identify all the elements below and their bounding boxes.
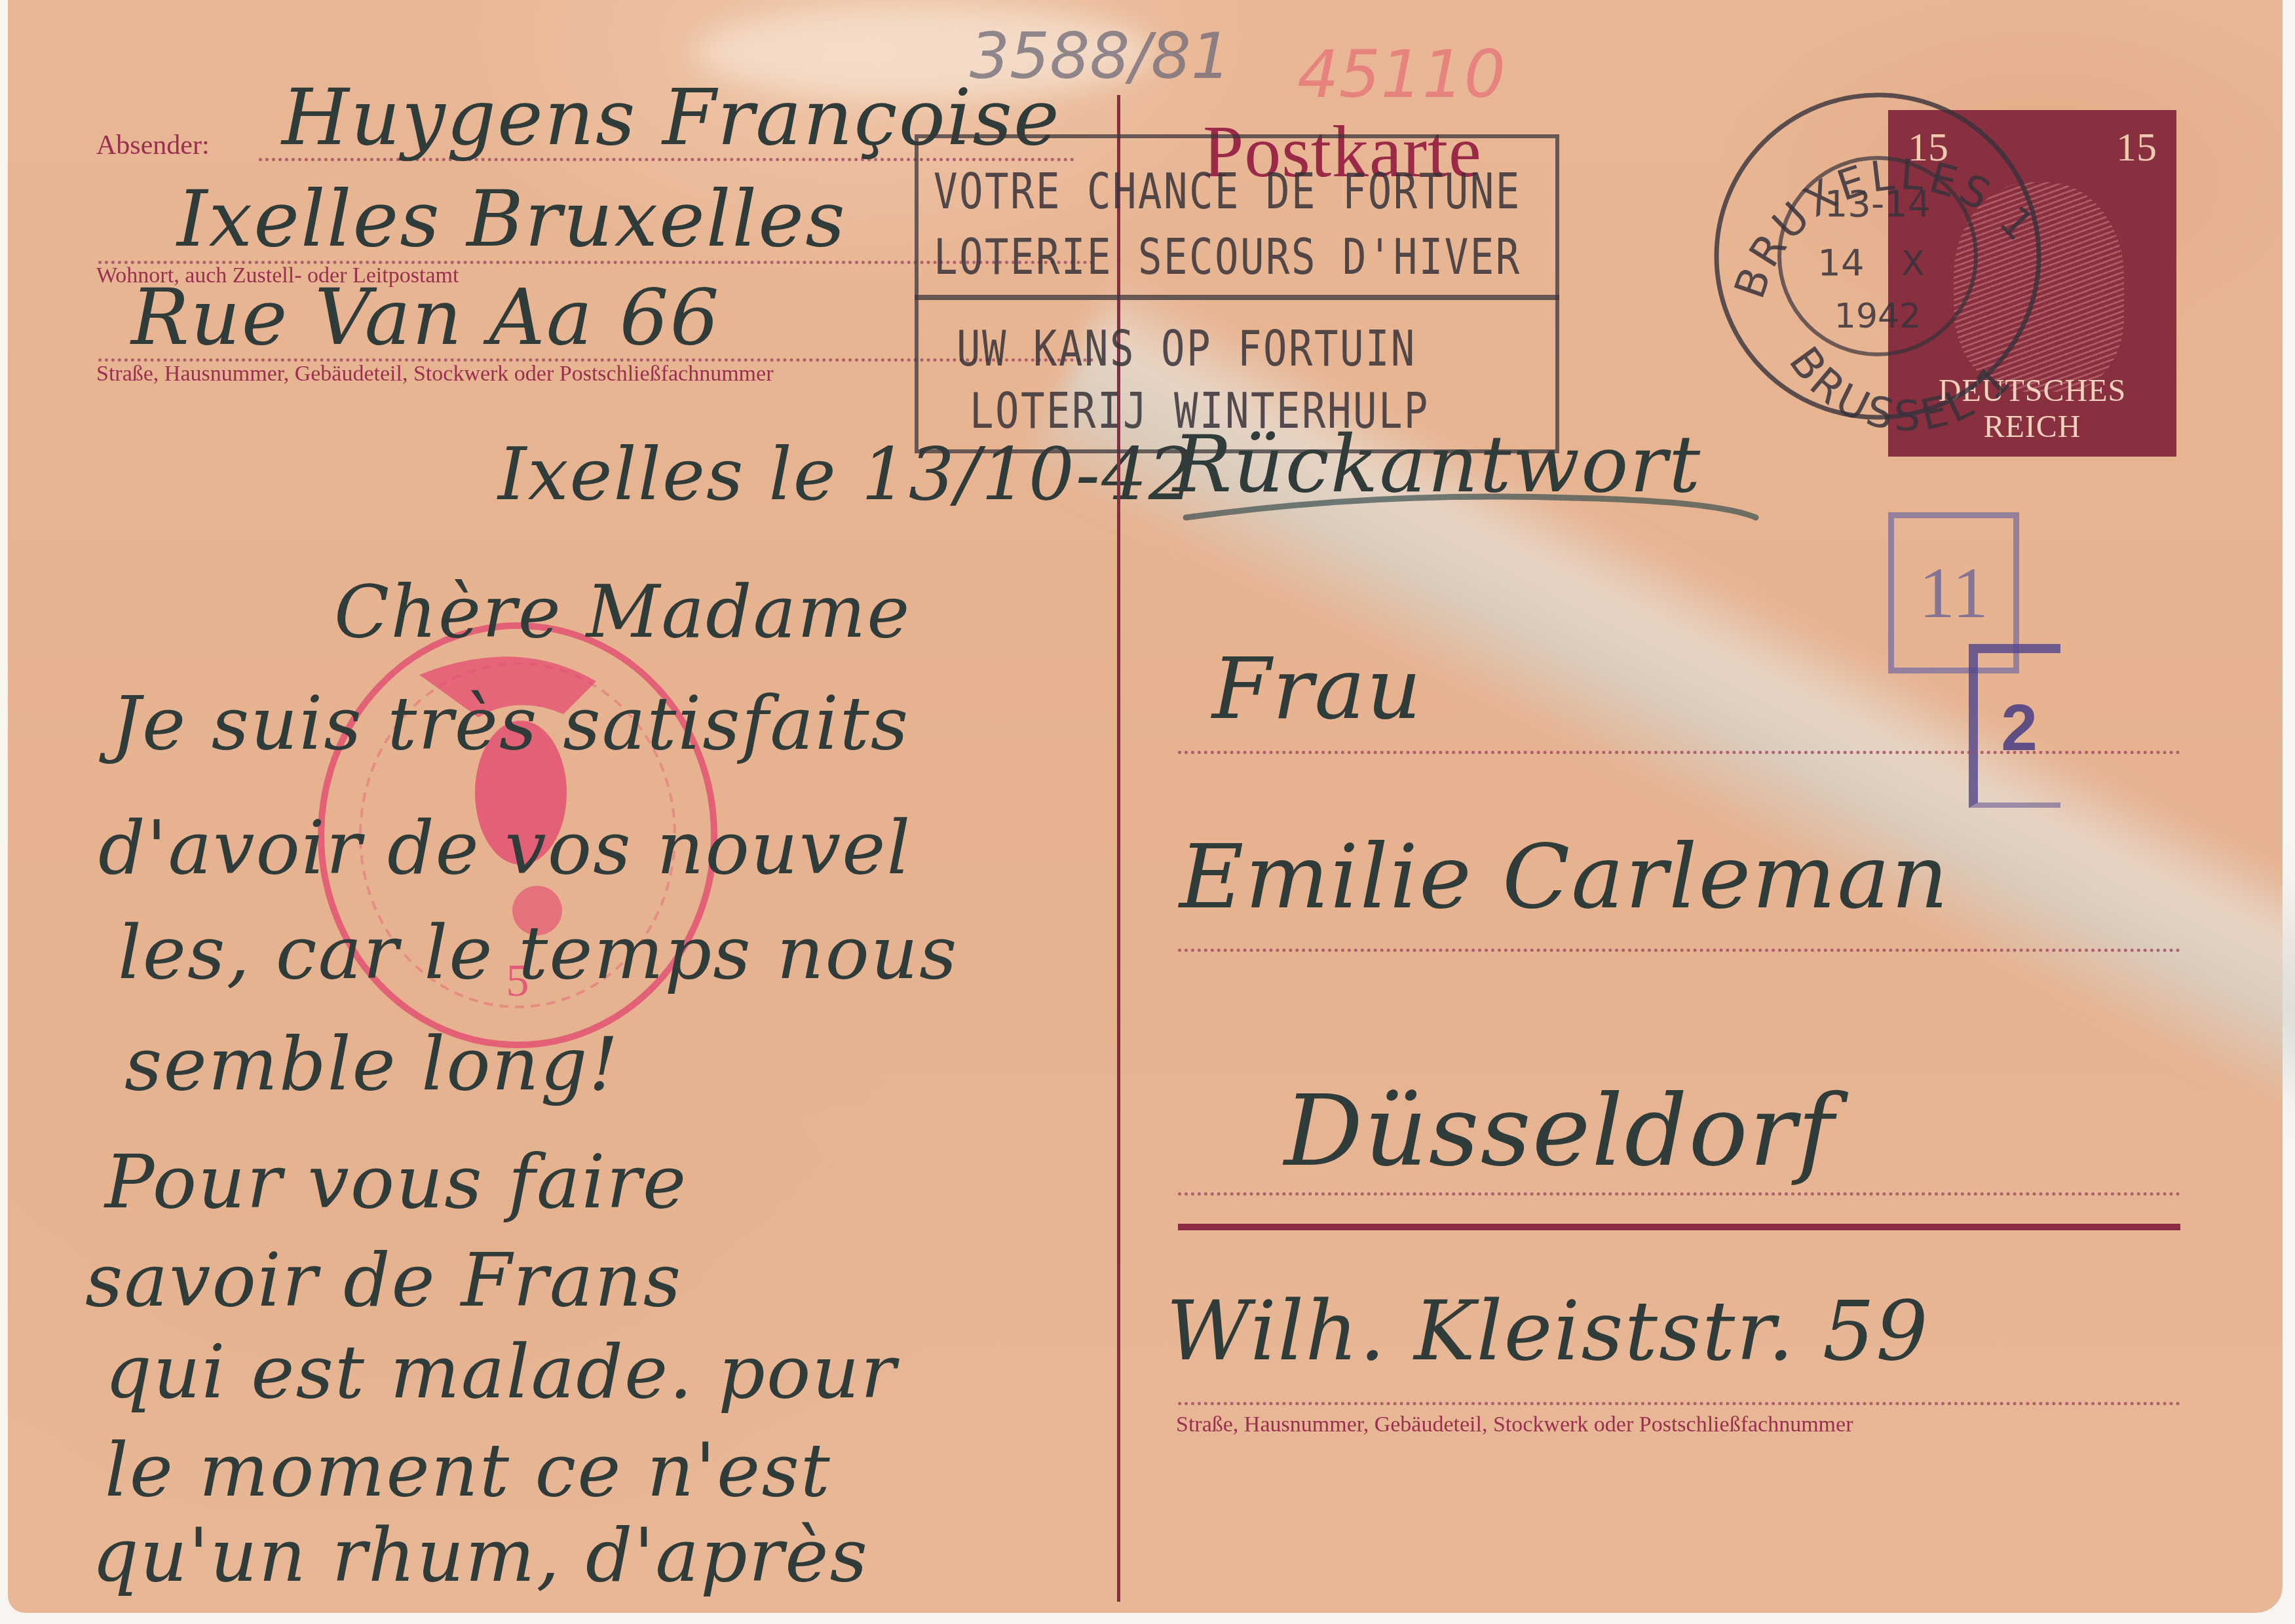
message-line: qui est malade. pour [105,1330,897,1415]
slogan-line-2: LOTERIE SECOURS D'HIVER [934,229,1521,286]
slogan-line-1: VOTRE CHANCE DE FORTUNE [934,164,1521,220]
sender-city: Ixelles Bruxelles [177,174,846,264]
postmark-month: X [1901,244,1925,284]
recipient-line-1 [1178,751,2180,754]
postmark-year: 1942 [1834,297,1921,336]
postmark-hour: 13-14 [1825,183,1931,225]
recipient-salutation: Frau [1212,639,1423,738]
recipient-name: Emilie Carleman [1179,825,1950,928]
red-pencil-number: 45110 [1297,36,1506,113]
message-line: savoir de Frans [85,1238,682,1323]
slogan-line-3: UW KANS OP FORTUIN [957,321,1416,377]
recipient-street: Wilh. Kleiststr. 59 [1166,1284,1929,1379]
postmark-city-top: BRUXELLES 1 [1726,151,2046,305]
message-line: Je suis très satisfaits [111,681,909,766]
underline-stroke [1179,472,1802,537]
message-line: d'avoir de vos nouvel [98,806,911,891]
postmark-day: 14 [1817,242,1864,284]
message-line: qu'un rhum, d'après [92,1513,869,1598]
postmark: BRUXELLES 1 BRUSSEL 1 13-14 14 X 1942 [1703,85,2110,491]
recipient-line-4 [1178,1402,2180,1405]
svg-text:BRUXELLES 1: BRUXELLES 1 [1726,151,2046,305]
recipient-line-3 [1178,1192,2180,1196]
message-line: les, car le temps nous [118,911,958,996]
postmark-city-bottom: BRUSSEL 1 [1779,339,2023,442]
sender-street-label: Straße, Hausnummer, Gebäudeteil, Stockwe… [96,362,773,387]
slogan-cancellation-divider [915,295,1559,300]
stamp-value-right: 15 [2116,124,2157,171]
recipient-city-underline [1178,1224,2180,1230]
recipient-city: Düsseldorf [1284,1074,1835,1188]
svg-text:BRUSSEL 1: BRUSSEL 1 [1779,339,2023,442]
sender-label: Absender: [96,130,210,161]
message-line: le moment ce n'est [105,1428,831,1513]
message-line: semble long! [124,1022,619,1107]
recipient-line-2 [1178,949,2180,952]
sender-street: Rue Van Aa 66 [131,272,721,362]
recipient-street-label: Straße, Hausnummer, Gebäudeteil, Stockwe… [1176,1412,1853,1437]
censor-box-2: 2 [1969,644,2060,808]
message-line: Pour vous faire [105,1140,687,1225]
message-salutation: Chère Madame [334,570,911,654]
